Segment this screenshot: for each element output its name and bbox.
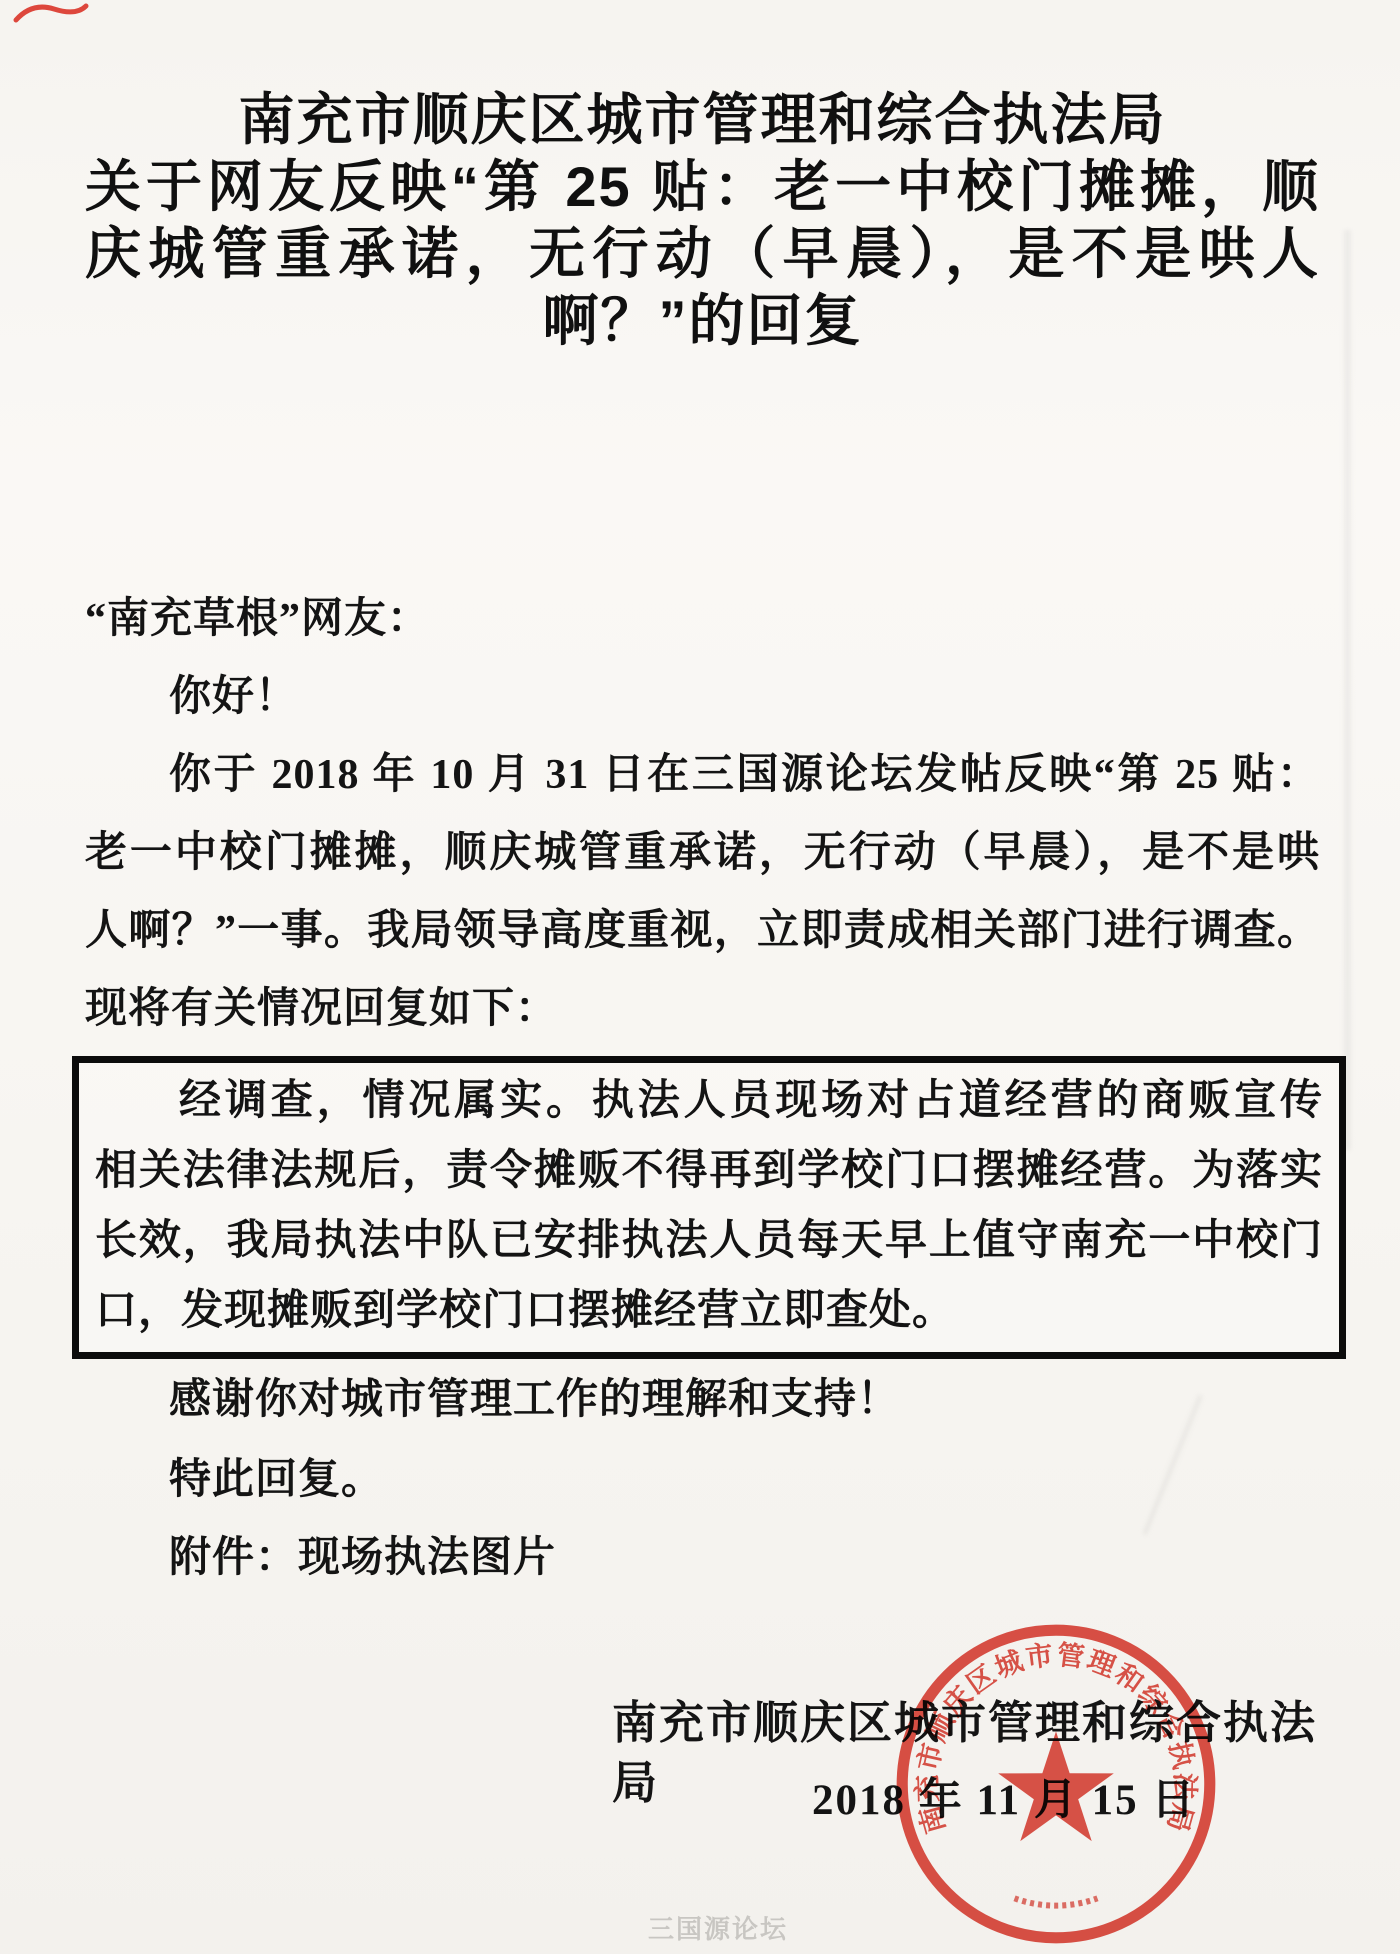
boxed-line: 相关法律法规后，责令摊贩不得再到学校门口摆摊经营。为落实 — [95, 1136, 1323, 1206]
paragraph-line: 人啊？”一事。我局领导高度重视，立即责成相关部门进行调查。 — [85, 892, 1320, 970]
official-red-seal: 南充市顺庆区城市管理和综合执法局 — [884, 1612, 1228, 1954]
document-title-line-3: 庆城管重承诺，无行动（早晨），是不是哄人 — [85, 220, 1320, 287]
thanks-line: 感谢你对城市管理工作的理解和支持！ — [85, 1361, 1320, 1439]
boxed-reply-paragraph: 经调查，情况属实。执法人员现场对占道经营的商贩宣传 相关法律法规后，责令摊贩不得… — [72, 1056, 1346, 1359]
salutation: “南充草根”网友： — [85, 580, 1320, 658]
scanned-document-page: 南充市顺庆区城市管理和综合执法局 关于网友反映“第 25 贴：老一中校门摊摊，顺… — [0, 0, 1400, 1954]
document-title-line-1: 南充市顺庆区城市管理和综合执法局 — [85, 86, 1320, 153]
seal-star-icon — [998, 1731, 1114, 1841]
reply-note-line: 特此回复。 — [85, 1441, 1320, 1519]
paragraph-line: 现将有关情况回复如下： — [85, 970, 1320, 1048]
document-title-line-2: 关于网友反映“第 25 贴：老一中校门摊摊，顺 — [85, 153, 1320, 220]
paragraph-line: 你于 2018 年 10 月 31 日在三国源论坛发帖反映“第 25 贴： — [85, 736, 1320, 814]
paragraph-line: 老一中校门摊摊，顺庆城管重承诺，无行动（早晨），是不是哄 — [85, 814, 1320, 892]
boxed-line: 口，发现摊贩到学校门口摆摊经营立即查处。 — [95, 1276, 1323, 1346]
scan-artifact — [1344, 230, 1351, 1150]
attachment-line: 附件：现场执法图片 — [85, 1519, 1320, 1597]
document-title-line-4: 啊？”的回复 — [85, 287, 1320, 354]
boxed-line: 长效，我局执法中队已安排执法人员每天早上值守南充一中校门 — [95, 1206, 1323, 1276]
forum-watermark: 三国源论坛 — [648, 1912, 788, 1946]
boxed-line: 经调查，情况属实。执法人员现场对占道经营的商贩宣传 — [95, 1066, 1323, 1136]
seal-microtext — [1015, 1898, 1098, 1905]
red-pen-mark — [10, 0, 90, 28]
greeting: 你好！ — [85, 658, 1320, 736]
